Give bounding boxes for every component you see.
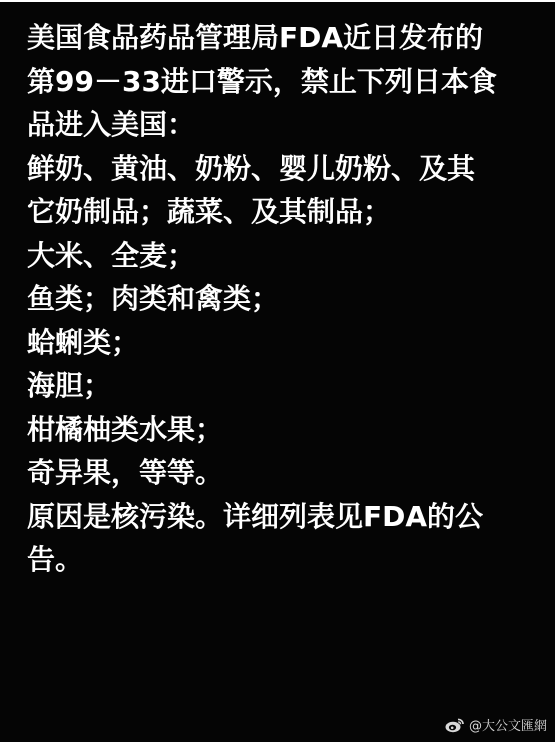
text-image: 美国食品药品管理局FDA近日发布的 第99－33进口警示，禁止下列日本食 品进入… bbox=[0, 2, 555, 742]
text-line-7: 鱼类；肉类和禽类； bbox=[27, 277, 527, 321]
text-line-6: 大米、全麦； bbox=[27, 234, 527, 278]
watermark: @大公文匯網 bbox=[445, 715, 547, 734]
text-line-10: 柑橘柚类水果； bbox=[27, 408, 527, 452]
text-line-9: 海胆； bbox=[27, 364, 527, 408]
text-line-4: 鲜奶、黄油、奶粉、婴儿奶粉、及其 bbox=[27, 147, 527, 191]
watermark-text: @大公文匯網 bbox=[469, 715, 547, 734]
text-line-5: 它奶制品；蔬菜、及其制品； bbox=[27, 190, 527, 234]
text-line-12: 原因是核污染。详细列表见FDA的公 bbox=[27, 495, 527, 539]
text-line-8: 蛤蜊类； bbox=[27, 321, 527, 365]
text-line-11: 奇异果，等等。 bbox=[27, 451, 527, 495]
text-line-2: 第99－33进口警示，禁止下列日本食 bbox=[27, 60, 527, 104]
text-line-13: 告。 bbox=[27, 538, 527, 582]
post-text-block: 美国食品药品管理局FDA近日发布的 第99－33进口警示，禁止下列日本食 品进入… bbox=[27, 16, 527, 582]
text-line-1: 美国食品药品管理局FDA近日发布的 bbox=[27, 16, 527, 60]
weibo-icon bbox=[445, 717, 465, 733]
text-line-3: 品进入美国： bbox=[27, 103, 527, 147]
